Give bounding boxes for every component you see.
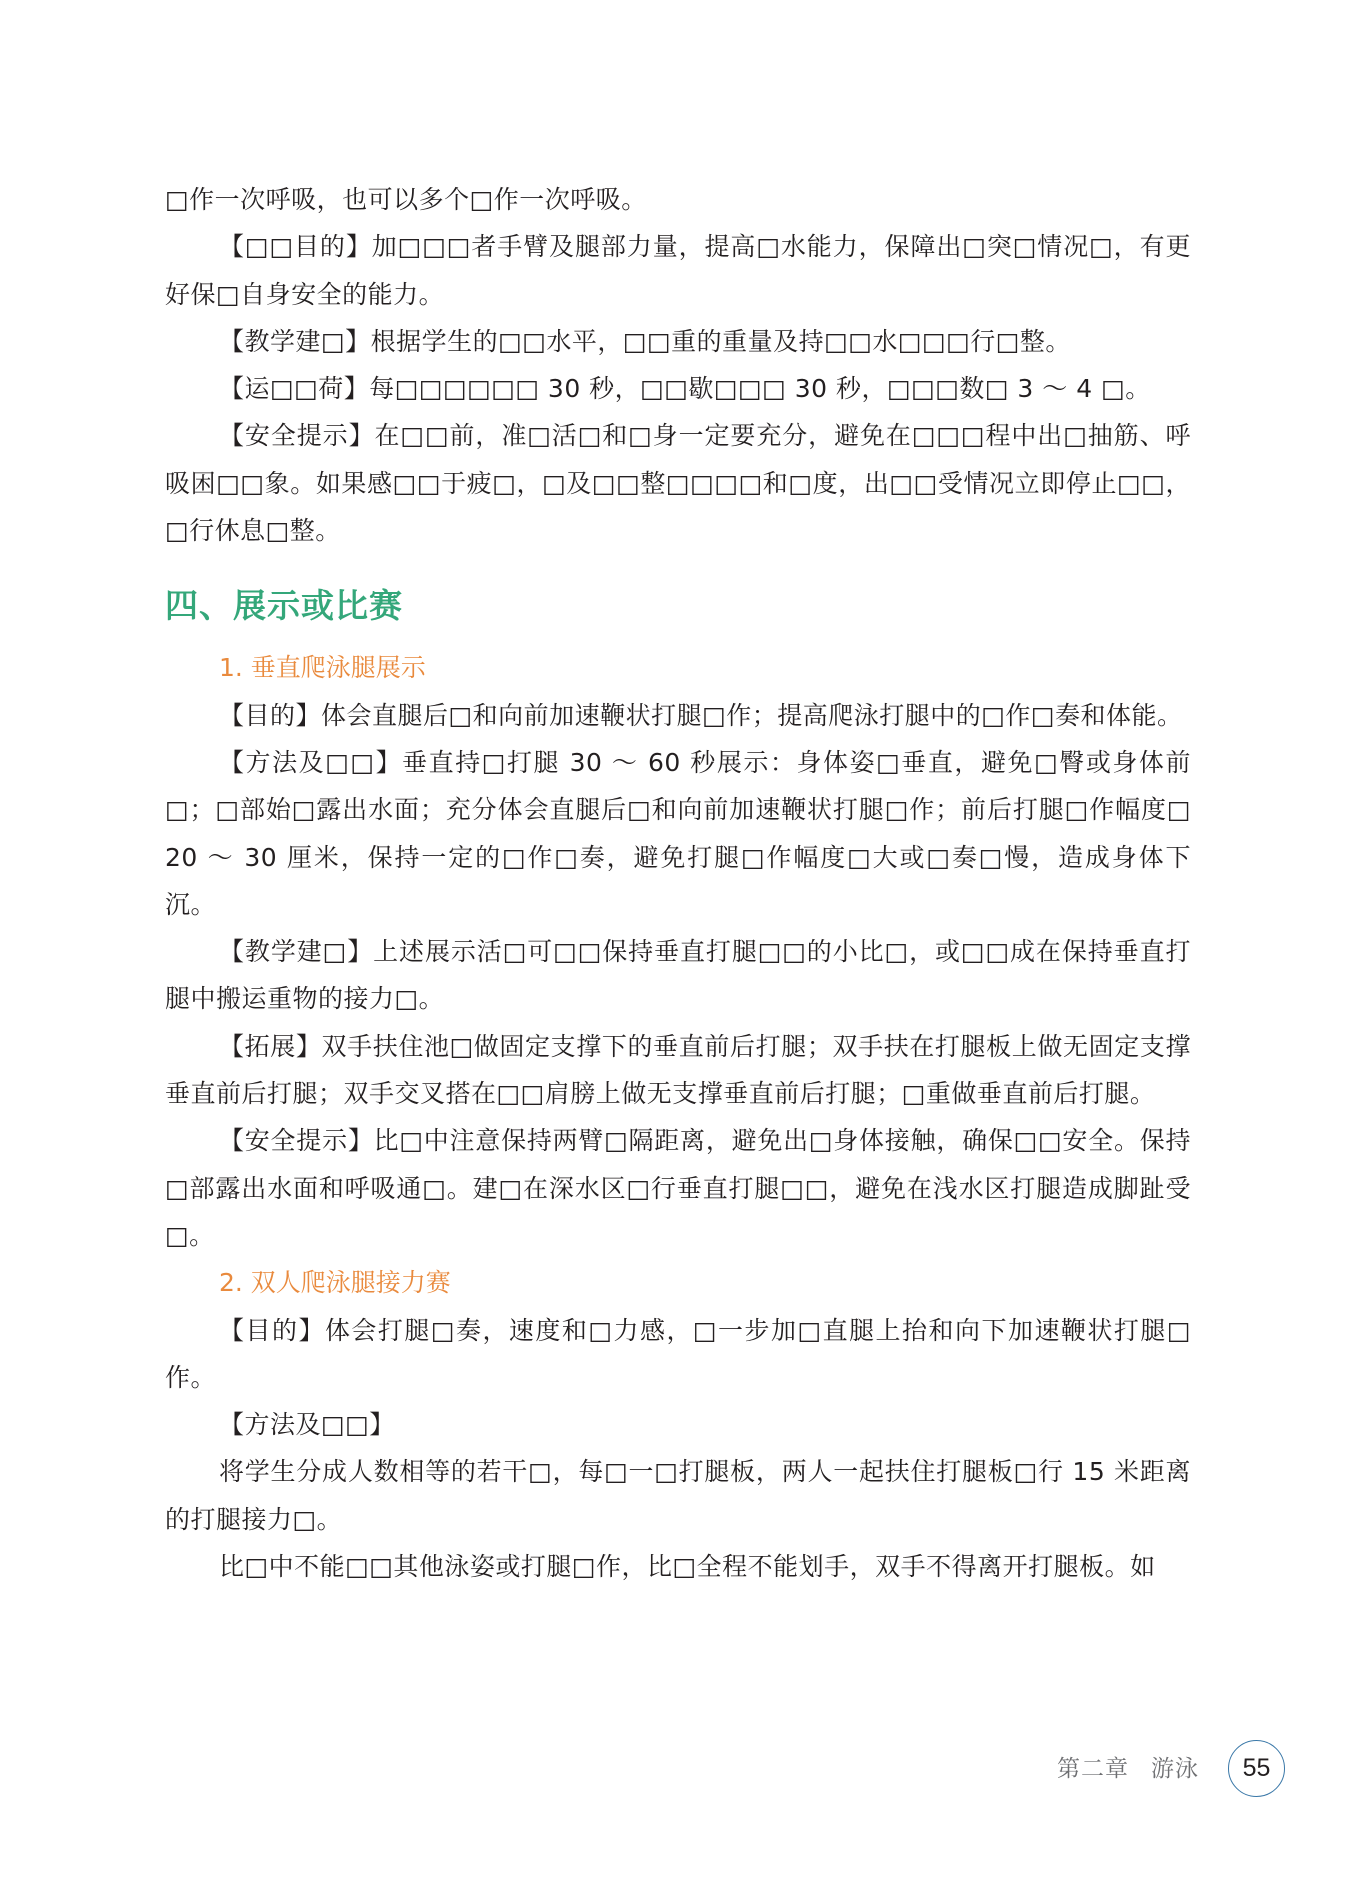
paragraph: 将学生分成人数相等的若干□，每□一□打腿板，两人一起扶住打腿板□行 15 米距离… [165,1448,1191,1543]
paragraph-teaching-advice: 【教学建□】上述展示活□可□□保持垂直打腿□□的小比□，或□□成在保持垂直打腿中… [165,928,1191,1023]
paragraph-tag: 【方法及□□】 [219,748,402,777]
paragraph-training-purpose: 【□□目的】加□□□者手臂及腿部力量，提高□水能力，保障出□突□情况□，有更好保… [165,223,1191,318]
paragraph-tag: 【拓展】 [219,1032,321,1061]
paragraph-method: 【方法及□□】垂直持□打腿 30 ～ 60 秒展示：身体姿□垂直，避免□臀或身体… [165,739,1191,928]
paragraph-exercise-load: 【运□□荷】每□□□□□□ 30 秒，□□歇□□□ 30 秒，□□□数□ 3 ～… [165,365,1191,412]
paragraph-tag: 【安全提示】 [219,421,375,450]
paragraph-tag: 【教学建□】 [219,937,373,966]
paragraph-text: 根据学生的□□水平，□□重的重量及持□□水□□□行□整。 [371,327,1071,356]
paragraph-safety-tips: 【安全提示】在□□前，准□活□和□身一定要充分，避免在□□□程中出□抽筋、呼吸困… [165,412,1191,554]
subsection-title: 1. 垂直爬泳腿展示 [165,644,1191,691]
section-heading: 四、展示或比赛 [165,582,1191,630]
paragraph-text: 将学生分成人数相等的若干□，每□一□打腿板，两人一起扶住打腿板□行 15 米距离… [165,1457,1191,1533]
paragraph: □作一次呼吸，也可以多个□作一次呼吸。 [165,176,1191,223]
paragraph-tag: 【安全提示】 [219,1126,374,1155]
paragraph-tag: 【方法及□□】 [219,1410,395,1439]
running-footer: 第二章游泳 [1057,1750,1199,1783]
paragraph-tag: 【教学建□】 [219,327,371,356]
paragraph-teaching-advice: 【教学建□】根据学生的□□水平，□□重的重量及持□□水□□□行□整。 [165,318,1191,365]
paragraph-purpose: 【目的】体会打腿□奏，速度和□力感，□一步加□直腿上抬和向下加速鞭状打腿□作。 [165,1307,1191,1402]
paragraph-text: 每□□□□□□ 30 秒，□□歇□□□ 30 秒，□□□数□ 3 ～ 4 □。 [369,374,1150,403]
paragraph-safety-tips: 【安全提示】比□中注意保持两臂□隔距离，避免出□身体接触，确保□□安全。保持□部… [165,1117,1191,1259]
paragraph-tag: 【运□□荷】 [219,374,369,403]
page-number: 55 [1243,1754,1271,1783]
paragraph-text: 比□中不能□□其他泳姿或打腿□作，比□全程不能划手，双手不得离开打腿板。如 [219,1552,1156,1581]
paragraph: 比□中不能□□其他泳姿或打腿□作，比□全程不能划手，双手不得离开打腿板。如 [165,1543,1191,1590]
subsection-title: 2. 双人爬泳腿接力赛 [165,1259,1191,1306]
paragraph-tag: 【目的】 [219,701,321,730]
paragraph-extension: 【拓展】双手扶住池□做固定支撑下的垂直前后打腿；双手扶在打腿板上做无固定支撑垂直… [165,1023,1191,1118]
paragraph-tag: 【□□目的】 [219,232,372,261]
footer-title: 游泳 [1151,1756,1199,1782]
footer-chapter: 第二章 [1057,1756,1129,1782]
paragraph-tag: 【目的】 [219,1316,325,1345]
paragraph-purpose: 【目的】体会直腿后□和向前加速鞭状打腿□作；提高爬泳打腿中的□作□奏和体能。 [165,692,1191,739]
paragraph-text: □作一次呼吸，也可以多个□作一次呼吸。 [165,185,647,214]
paragraph-method: 【方法及□□】 [165,1401,1191,1448]
page-content: □作一次呼吸，也可以多个□作一次呼吸。 【□□目的】加□□□者手臂及腿部力量，提… [165,176,1191,1590]
paragraph-text: 体会直腿后□和向前加速鞭状打腿□作；提高爬泳打腿中的□作□奏和体能。 [321,701,1183,730]
page-number-badge: 55 [1228,1740,1285,1797]
